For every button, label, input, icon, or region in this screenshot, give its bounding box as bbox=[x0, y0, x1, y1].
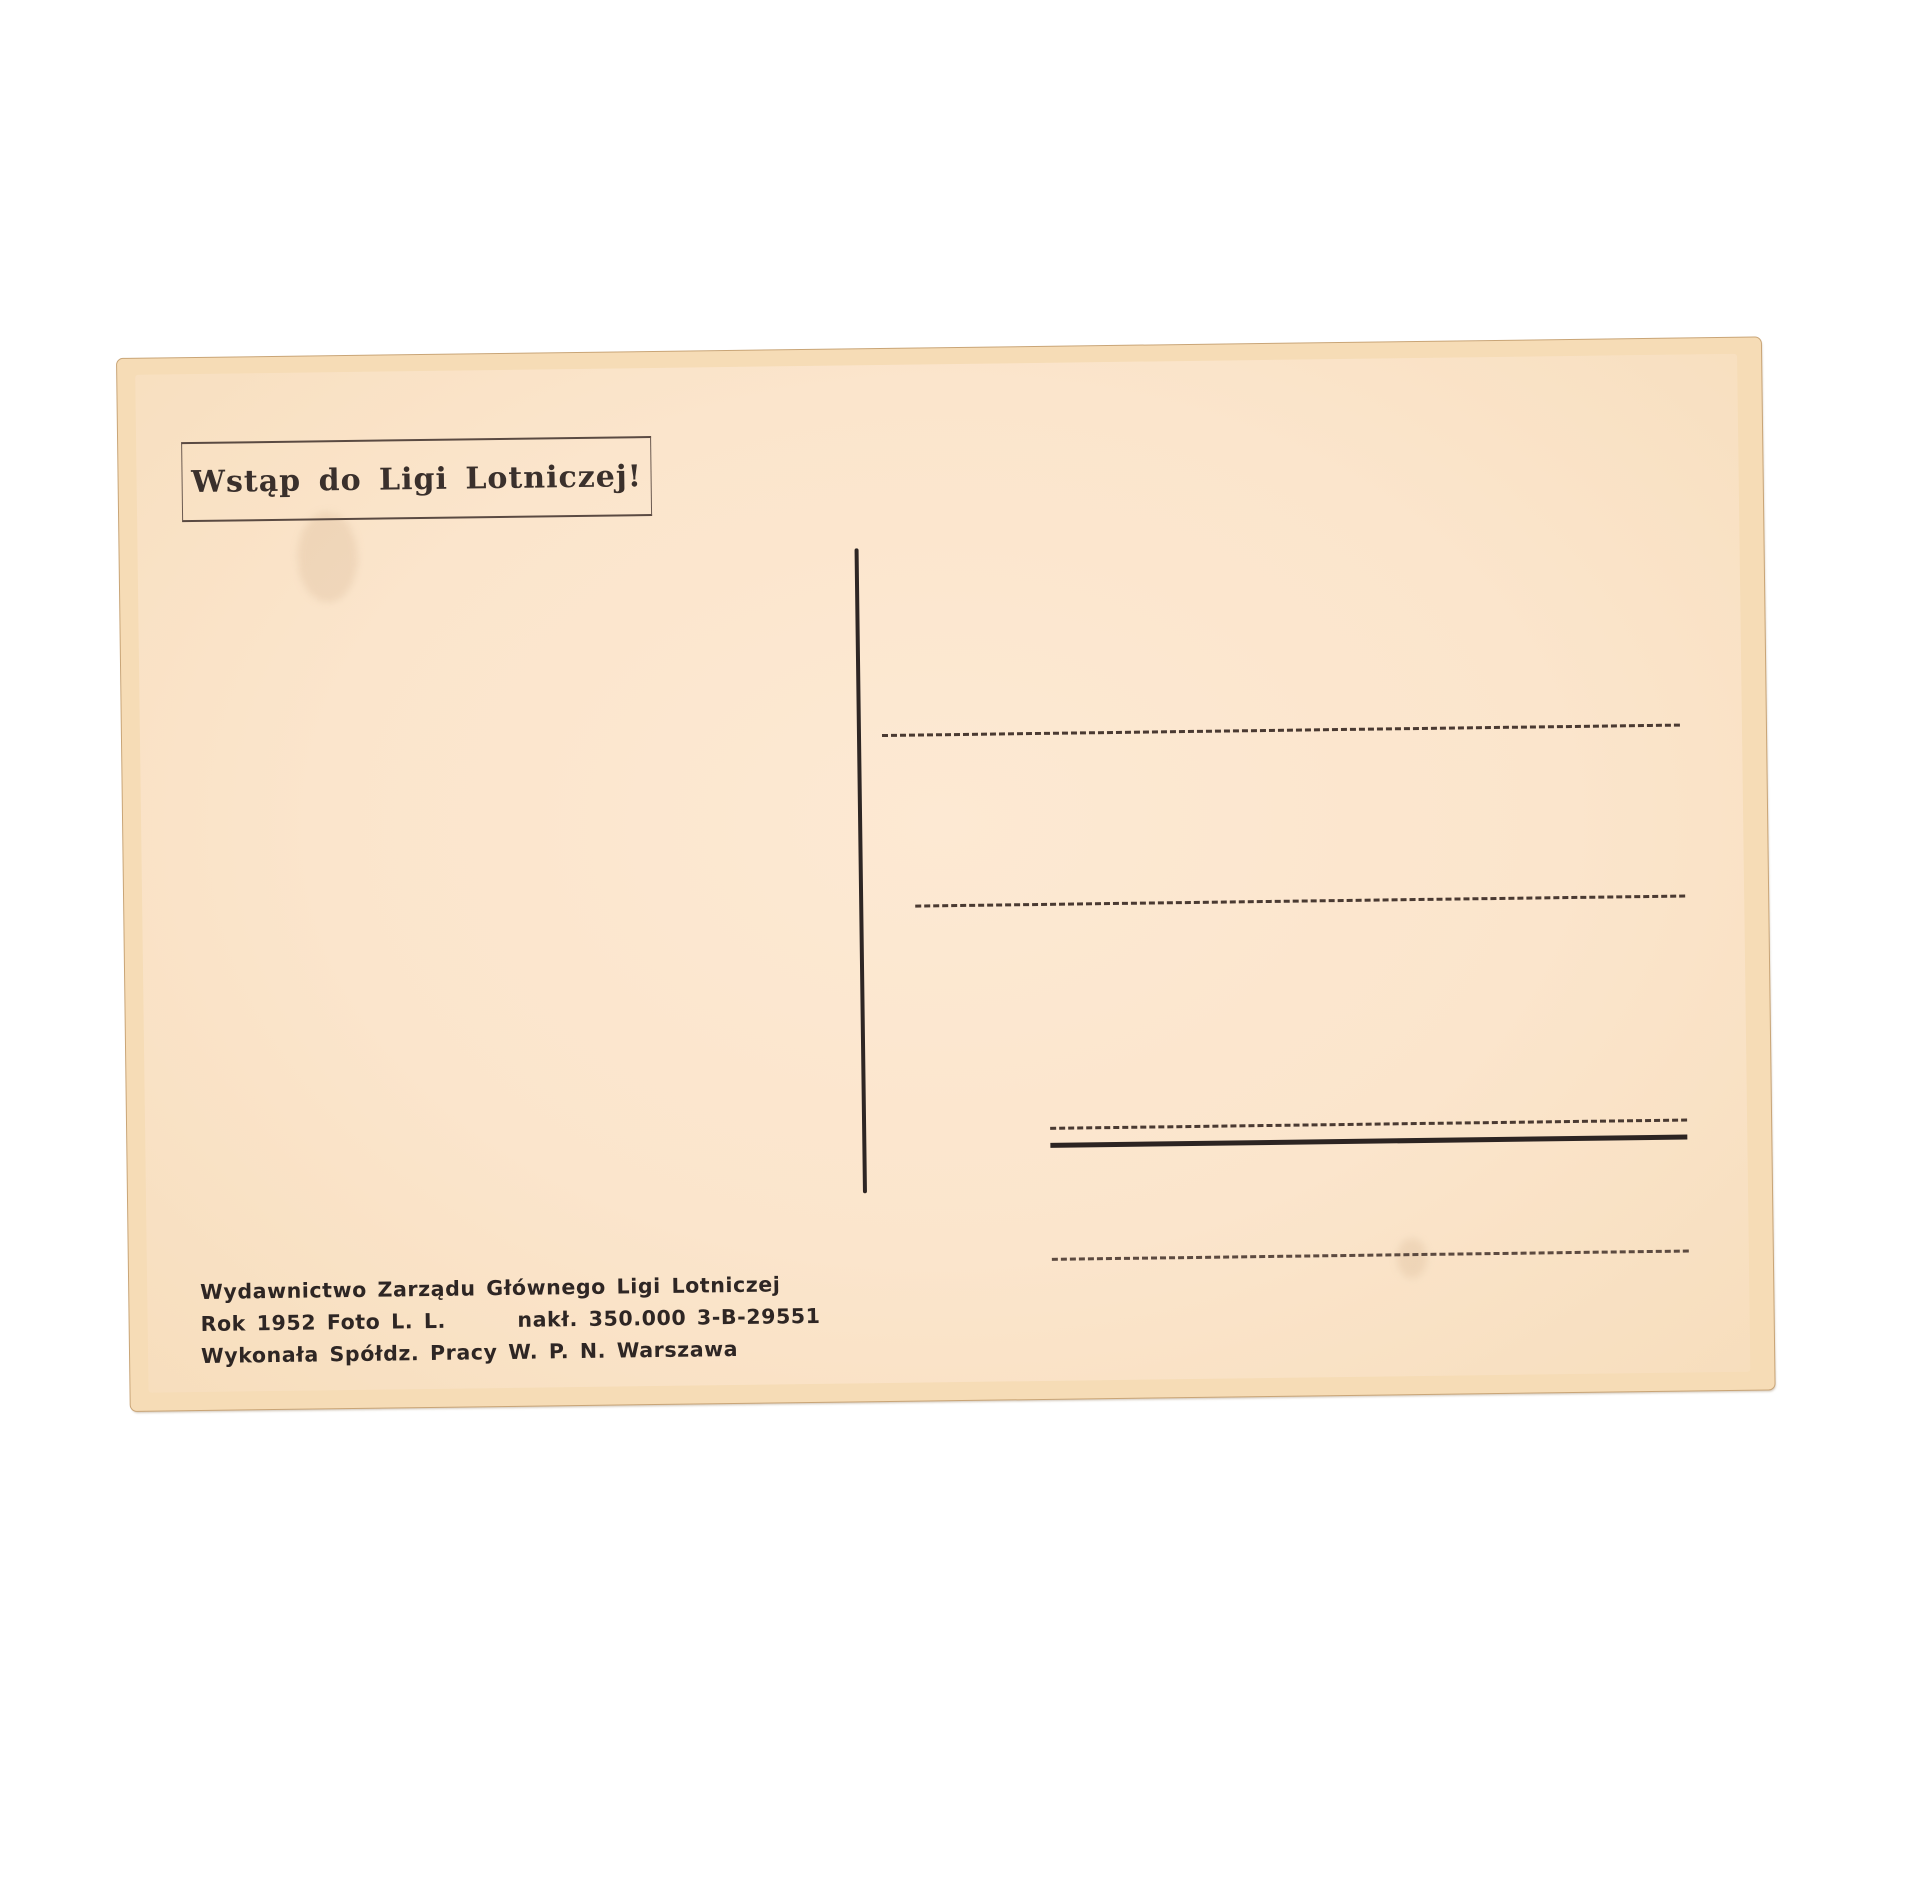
imprint-printer: Wykonała Spółdz. Pracy W. P. N. Warszawa bbox=[201, 1333, 738, 1372]
address-line-3 bbox=[1050, 1119, 1687, 1130]
postcard-writing-area: Wstąp do Ligi Lotniczej! Wydawnictwo Zar… bbox=[135, 354, 1750, 1393]
address-underline-solid bbox=[1050, 1135, 1687, 1148]
address-line-5 bbox=[1052, 1250, 1689, 1261]
vertical-divider-line bbox=[855, 548, 867, 1193]
imprint-print-run: nakł. 350.000 3-B-29551 bbox=[517, 1300, 821, 1336]
slogan-text: Wstąp do Ligi Lotniczej! bbox=[191, 459, 642, 500]
paper-stain bbox=[1397, 1238, 1428, 1278]
postcard-back: Wstąp do Ligi Lotniczej! Wydawnictwo Zar… bbox=[117, 337, 1775, 1410]
imprint-year-photo: Rok 1952 Foto L. L. bbox=[200, 1305, 446, 1340]
paper-stain bbox=[297, 512, 358, 603]
address-line-1 bbox=[882, 724, 1680, 737]
address-line-2 bbox=[915, 895, 1685, 908]
slogan-frame: Wstąp do Ligi Lotniczej! bbox=[181, 436, 652, 522]
imprint-line-3: Wykonała Spółdz. Pracy W. P. N. Warszawa bbox=[201, 1332, 821, 1372]
publisher-imprint: Wydawnictwo Zarządu Głównego Ligi Lotnic… bbox=[200, 1268, 821, 1372]
